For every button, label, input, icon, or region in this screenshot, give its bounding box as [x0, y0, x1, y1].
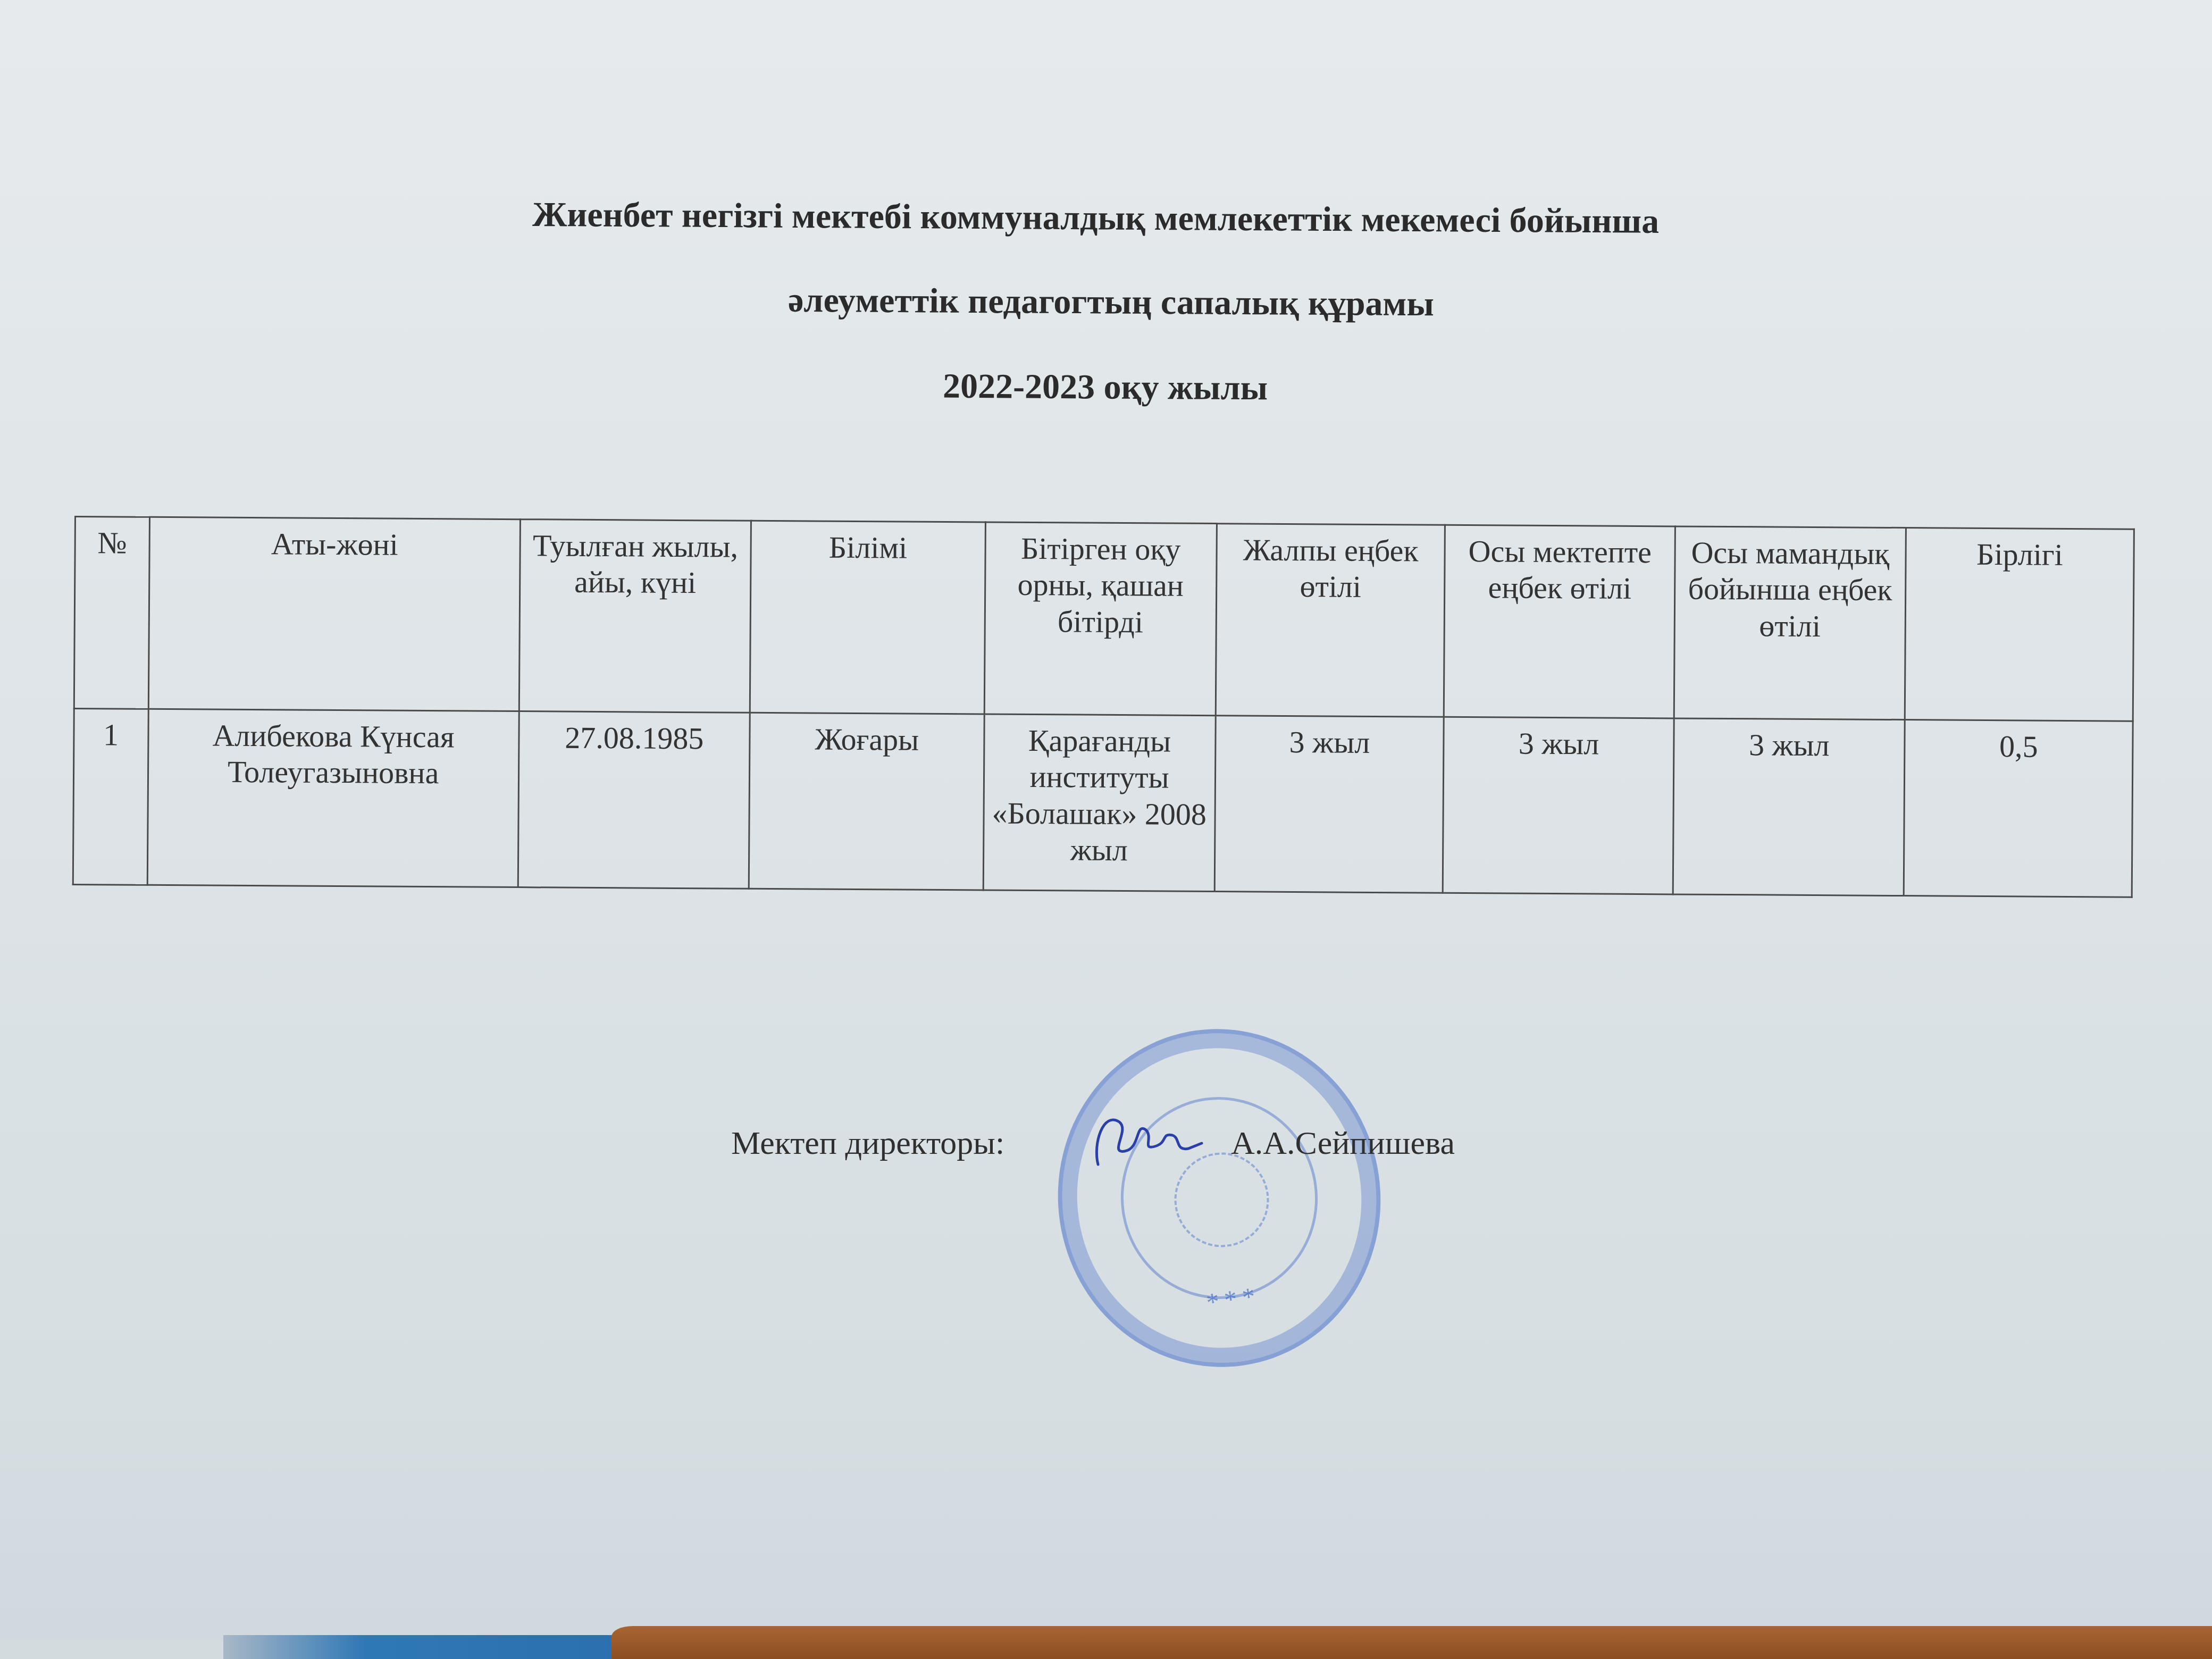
signature-icon — [1087, 1101, 1210, 1175]
header-number: № — [74, 517, 149, 709]
cell-number: 1 — [73, 709, 148, 885]
cell-birth-date: 27.08.1985 — [518, 711, 750, 889]
cell-full-name: Алибекова Күнсая Толеугазыновна — [147, 709, 519, 887]
header-school-experience: Осы мектепте еңбек өтілі — [1444, 525, 1675, 718]
header-rate: Бірлігі — [1905, 528, 2134, 722]
cell-school-experience: 3 жыл — [1443, 717, 1674, 894]
header-specialty-experience: Осы мамандық бойынша еңбек өтілі — [1674, 526, 1906, 720]
cell-education: Жоғары — [749, 713, 984, 890]
header-total-experience: Жалпы еңбек өтілі — [1216, 524, 1445, 717]
director-label: Мектеп директоры: — [731, 1125, 1004, 1162]
staff-table: № Аты-жөні Туылған жылы, айы, күні Білім… — [72, 516, 2135, 898]
table-row: 1 Алибекова Күнсая Толеугазыновна 27.08.… — [73, 709, 2133, 898]
cell-institution: Қарағанды институты «Болашак» 2008 жыл — [983, 714, 1216, 892]
wooden-desk — [611, 1626, 2212, 1659]
header-education: Білімі — [750, 521, 985, 714]
blue-object — [223, 1635, 627, 1659]
cell-total-experience: 3 жыл — [1214, 716, 1444, 893]
header-birth-date: Туылған жылы, айы, күні — [519, 520, 751, 713]
table-header-row: № Аты-жөні Туылған жылы, айы, күні Білім… — [74, 517, 2134, 722]
cell-rate: 0,5 — [1904, 720, 2133, 898]
cell-specialty-experience: 3 жыл — [1673, 718, 1905, 896]
header-institution: Бітірген оқу орны, қашан бітірді — [984, 522, 1217, 716]
director-name: А.А.Сейпишева — [1231, 1125, 1455, 1162]
header-full-name: Аты-жөні — [148, 517, 520, 711]
